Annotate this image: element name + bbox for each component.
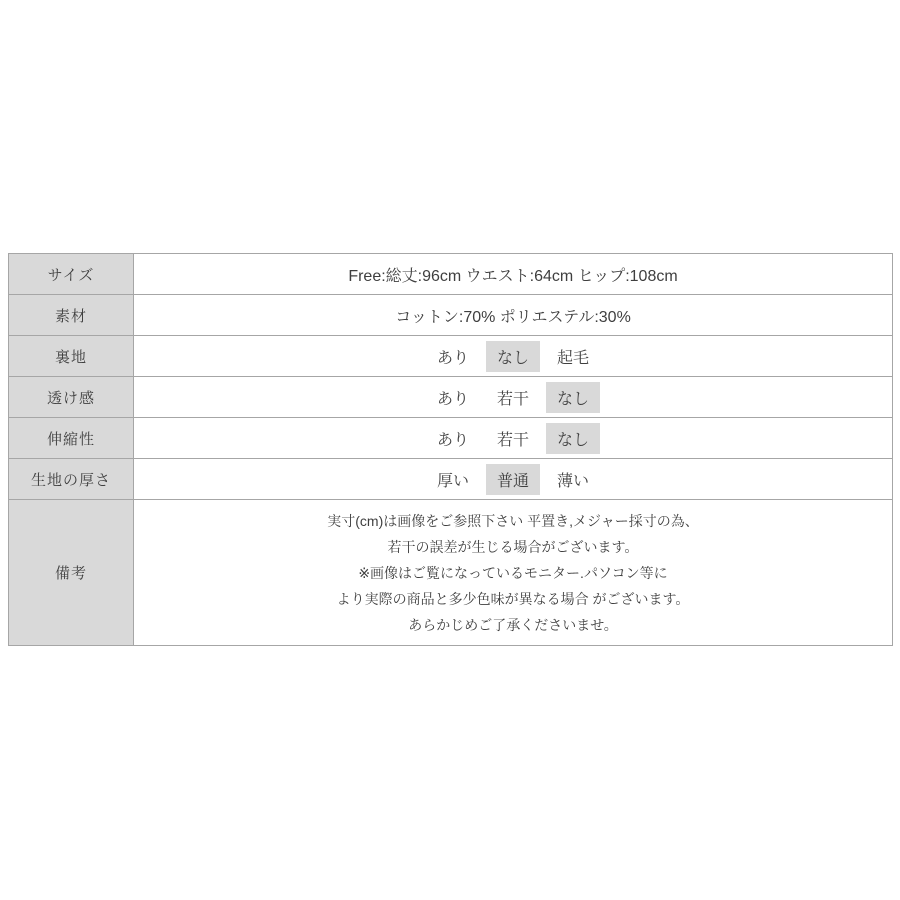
option-ari: あり	[426, 382, 480, 413]
option-jakkan: 若干	[486, 423, 540, 454]
option-group-sheerness: あり 若干 なし	[134, 382, 892, 413]
row-value-notes: 実寸(cm)は画像をご参照下さい 平置き,メジャー採寸の為、 若干の誤差が生じる…	[134, 500, 893, 646]
row-value-material: コットン:70% ポリエステル:30%	[134, 295, 893, 336]
row-header-stretch: 伸縮性	[9, 418, 134, 459]
option-group-lining: あり なし 起毛	[134, 341, 892, 372]
row-value-thickness: 厚い 普通 薄い	[134, 459, 893, 500]
notes-line: 実寸(cm)は画像をご参照下さい 平置き,メジャー採寸の為、	[134, 508, 892, 534]
row-header-thickness: 生地の厚さ	[9, 459, 134, 500]
option-futsuu: 普通	[486, 464, 540, 495]
notes-line: あらかじめご了承くださいませ。	[134, 612, 892, 638]
notes-line: ※画像はご覧になっているモニター.パソコン等に	[134, 560, 892, 586]
spec-table: サイズ Free:総丈:96cm ウエスト:64cm ヒップ:108cm 素材 …	[8, 253, 893, 646]
option-jakkan: 若干	[486, 382, 540, 413]
table-row-size: サイズ Free:総丈:96cm ウエスト:64cm ヒップ:108cm	[9, 254, 893, 295]
row-header-sheerness: 透け感	[9, 377, 134, 418]
option-ari: あり	[426, 341, 480, 372]
option-nashi: なし	[486, 341, 540, 372]
option-atsui: 厚い	[426, 464, 480, 495]
row-value-sheerness: あり 若干 なし	[134, 377, 893, 418]
option-nashi: なし	[546, 382, 600, 413]
row-header-size: サイズ	[9, 254, 134, 295]
option-ari: あり	[426, 423, 480, 454]
table-row-material: 素材 コットン:70% ポリエステル:30%	[9, 295, 893, 336]
table-row-lining: 裏地 あり なし 起毛	[9, 336, 893, 377]
notes-text: 実寸(cm)は画像をご参照下さい 平置き,メジャー採寸の為、 若干の誤差が生じる…	[134, 508, 892, 638]
notes-line: より実際の商品と多少色味が異なる場合 がございます。	[134, 586, 892, 612]
product-spec-page: サイズ Free:総丈:96cm ウエスト:64cm ヒップ:108cm 素材 …	[0, 0, 900, 900]
row-header-material: 素材	[9, 295, 134, 336]
option-group-thickness: 厚い 普通 薄い	[134, 464, 892, 495]
table-row-notes: 備考 実寸(cm)は画像をご参照下さい 平置き,メジャー採寸の為、 若干の誤差が…	[9, 500, 893, 646]
option-kimo: 起毛	[546, 341, 600, 372]
option-usui: 薄い	[546, 464, 600, 495]
row-value-size: Free:総丈:96cm ウエスト:64cm ヒップ:108cm	[134, 254, 893, 295]
table-row-stretch: 伸縮性 あり 若干 なし	[9, 418, 893, 459]
table-row-sheerness: 透け感 あり 若干 なし	[9, 377, 893, 418]
option-group-stretch: あり 若干 なし	[134, 423, 892, 454]
option-nashi: なし	[546, 423, 600, 454]
row-header-notes: 備考	[9, 500, 134, 646]
row-header-lining: 裏地	[9, 336, 134, 377]
row-value-stretch: あり 若干 なし	[134, 418, 893, 459]
row-value-lining: あり なし 起毛	[134, 336, 893, 377]
table-row-thickness: 生地の厚さ 厚い 普通 薄い	[9, 459, 893, 500]
notes-line: 若干の誤差が生じる場合がございます。	[134, 534, 892, 560]
